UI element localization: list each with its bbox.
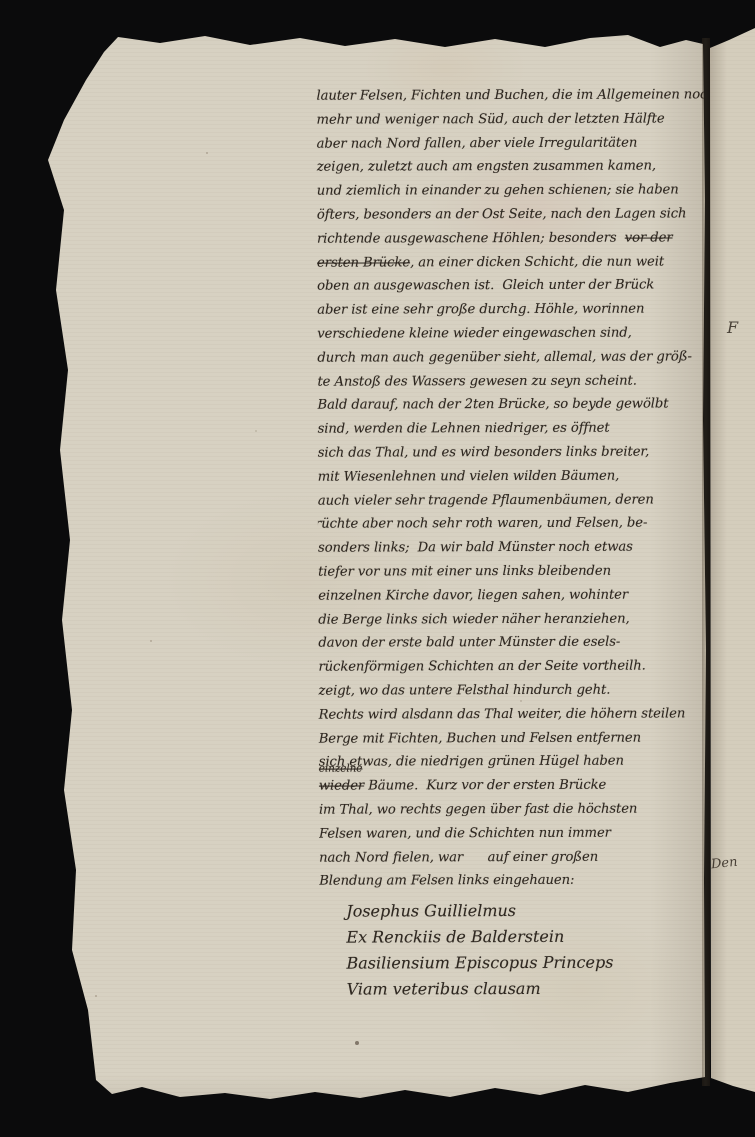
latin-inscription-line: Basiliensium Episcopus Princeps bbox=[346, 949, 709, 976]
manuscript-line: durch man auch gegenüber sieht, allemal,… bbox=[317, 345, 707, 370]
line-text: richtende ausgewaschene Höhlen; besonder… bbox=[317, 230, 625, 246]
manuscript-line: mit Wiesenlehnen und vielen wilden Bäume… bbox=[318, 464, 708, 489]
manuscript-line: zeigt, wo das untere Felsthal hindurch g… bbox=[318, 678, 708, 703]
manuscript-line: Berge mit Fichten, Buchen und Felsen ent… bbox=[319, 726, 709, 751]
manuscript-line: te Anstoß des Wassers gewesen zu seyn sc… bbox=[317, 369, 707, 394]
manuscript-line: öfters, besonders an der Ost Seite, nach… bbox=[317, 202, 707, 227]
manuscript-line: Blendung am Felsen links eingehauen: bbox=[319, 869, 709, 894]
latin-inscription-line: Ex Renckiis de Balderstein bbox=[346, 923, 709, 950]
manuscript-line-with-strikethrough: richtende ausgewaschene Höhlen; besonder… bbox=[317, 226, 707, 251]
book-gutter-fold bbox=[702, 38, 710, 1086]
adjacent-page-text-fragment: F bbox=[727, 318, 738, 337]
manuscript-line: im Thal, wo rechts gegen über fast die h… bbox=[319, 797, 709, 822]
manuscript-line: die Berge links sich wieder näher heranz… bbox=[318, 607, 708, 632]
manuscript-line: oben an ausgewaschen ist. Gleich unter d… bbox=[317, 274, 707, 299]
manuscript-line: davon der erste bald unter Münster die e… bbox=[318, 631, 708, 656]
manuscript-line-with-strikethrough: ersten Brücke, an einer dicken Schicht, … bbox=[317, 250, 707, 275]
line-text: , an einer dicken Schicht, die nun weit bbox=[410, 254, 664, 270]
latin-inscription: Josephus Guillielmus Ex Renckiis de Bald… bbox=[346, 897, 709, 1002]
manuscript-line: sind, werden die Lehnen niedriger, es öf… bbox=[318, 416, 708, 441]
manuscript-line: aber ist eine sehr große durchg. Höhle, … bbox=[317, 297, 707, 322]
adjacent-page-edge bbox=[709, 0, 755, 1137]
manuscript-text-block: lauter Felsen, Fichten und Buchen, die i… bbox=[316, 83, 709, 1002]
manuscript-line: sonders links; Da wir bald Münster noch … bbox=[318, 535, 708, 560]
manuscript-line: auch vieler sehr tragende Pflaumenbäumen… bbox=[318, 488, 708, 513]
struck-words: wieder bbox=[319, 779, 364, 794]
manuscript-line: sich das Thal, und es wird besonders lin… bbox=[318, 440, 708, 465]
manuscript-line: Rechts wird alsdann das Thal weiter, die… bbox=[319, 702, 709, 727]
latin-inscription-line: Viam veteribus clausam bbox=[347, 975, 710, 1002]
manuscript-line: aber nach Nord fallen, aber viele Irregu… bbox=[317, 131, 707, 156]
line-text: Bäume. Kurz vor der ersten Brücke bbox=[364, 778, 606, 794]
manuscript-line: rückenförmigen Schichten an der Seite vo… bbox=[318, 654, 708, 679]
manuscript-line: mehr und weniger nach Süd, auch der letz… bbox=[316, 107, 706, 132]
latin-inscription-line: Josephus Guillielmus bbox=[346, 897, 709, 924]
struck-words: ersten Brücke bbox=[317, 255, 410, 270]
adjacent-page-text-fragment: Den bbox=[710, 855, 738, 873]
manuscript-line: Früchte aber noch sehr roth waren, und F… bbox=[316, 512, 708, 537]
manuscript-line: und ziemlich in einander zu gehen schien… bbox=[317, 179, 707, 204]
manuscript-line: lauter Felsen, Fichten und Buchen, die i… bbox=[316, 83, 706, 108]
page-number: 772. bbox=[57, 40, 90, 59]
manuscript-line-with-correction: einzelnewieder Bäume. Kurz vor der erste… bbox=[319, 773, 709, 798]
manuscript-line: zeigen, zuletzt auch am engsten zusammen… bbox=[317, 155, 707, 180]
manuscript-page: 772. lauter Felsen, Fichten und Buchen, … bbox=[0, 0, 710, 1110]
struck-words: vor der bbox=[625, 230, 673, 245]
inserted-struck-word: einzelne bbox=[319, 764, 363, 774]
manuscript-line: sich etwas, die niedrigen grünen Hügel h… bbox=[319, 750, 709, 775]
manuscript-line: einzelnen Kirche davor, liegen sahen, wo… bbox=[318, 583, 708, 608]
scan-black-background: 772. lauter Felsen, Fichten und Buchen, … bbox=[0, 0, 755, 1137]
manuscript-line: verschiedene kleine wieder eingewaschen … bbox=[317, 321, 707, 346]
manuscript-line: Bald darauf, nach der 2ten Brücke, so be… bbox=[317, 393, 707, 418]
manuscript-line: nach Nord fielen, war auf einer großen bbox=[319, 845, 709, 870]
paper-speckles bbox=[0, 0, 2, 2]
manuscript-line: Felsen waren, und die Schichten nun imme… bbox=[319, 821, 709, 846]
manuscript-line: tiefer vor uns mit einer uns links bleib… bbox=[318, 559, 708, 584]
